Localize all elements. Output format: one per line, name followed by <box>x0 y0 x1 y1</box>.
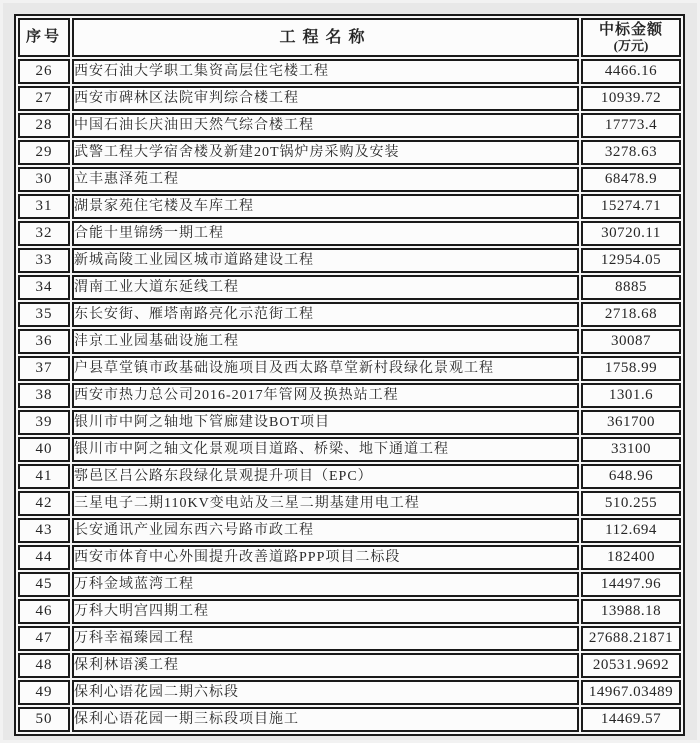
row-serial: 47 <box>18 626 70 651</box>
row-amount: 361700 <box>581 410 681 435</box>
table-row: 43 长安通讯产业园东西六号路市政工程 112.694 <box>18 518 681 543</box>
table-row: 35 东长安街、雁塔南路亮化示范街工程 2718.68 <box>18 302 681 327</box>
table-row: 34 渭南工业大道东延线工程 8885 <box>18 275 681 300</box>
table-row: 32 合能十里锦绣一期工程 30720.11 <box>18 221 681 246</box>
row-project-name: 新城高陵工业园区城市道路建设工程 <box>72 248 579 273</box>
row-serial: 38 <box>18 383 70 408</box>
row-serial: 34 <box>18 275 70 300</box>
table-row: 37 户县草堂镇市政基础设施项目及西太路草堂新村段绿化景观工程 1758.99 <box>18 356 681 381</box>
row-project-name: 西安市体育中心外围提升改善道路PPP项目二标段 <box>72 545 579 570</box>
row-amount: 3278.63 <box>581 140 681 165</box>
table-row: 36 沣京工业园基础设施工程 30087 <box>18 329 681 354</box>
row-project-name: 湖景家苑住宅楼及车库工程 <box>72 194 579 219</box>
row-amount: 1301.6 <box>581 383 681 408</box>
table-row: 40 银川市中阿之轴文化景观项目道路、桥梁、地下通道工程 33100 <box>18 437 681 462</box>
table-row: 39 银川市中阿之轴地下管廊建设BOT项目 361700 <box>18 410 681 435</box>
row-project-name: 中国石油长庆油田天然气综合楼工程 <box>72 113 579 138</box>
header-amount-title: 中标金额 <box>599 22 663 38</box>
row-serial: 39 <box>18 410 70 435</box>
row-amount: 17773.4 <box>581 113 681 138</box>
row-project-name: 三星电子二期110KV变电站及三星二期基建用电工程 <box>72 491 579 516</box>
table-row: 33 新城高陵工业园区城市道路建设工程 12954.05 <box>18 248 681 273</box>
row-serial: 40 <box>18 437 70 462</box>
row-amount: 182400 <box>581 545 681 570</box>
table-row: 46 万科大明宫四期工程 13988.18 <box>18 599 681 624</box>
row-amount: 648.96 <box>581 464 681 489</box>
table-row: 26 西安石油大学职工集资高层住宅楼工程 4466.16 <box>18 59 681 84</box>
row-project-name: 户县草堂镇市政基础设施项目及西太路草堂新村段绿化景观工程 <box>72 356 579 381</box>
row-amount: 510.255 <box>581 491 681 516</box>
table-row: 28 中国石油长庆油田天然气综合楼工程 17773.4 <box>18 113 681 138</box>
table-row: 30 立丰惠泽苑工程 68478.9 <box>18 167 681 192</box>
header-project-name: 工程名称 <box>72 18 579 57</box>
row-serial: 37 <box>18 356 70 381</box>
row-project-name: 立丰惠泽苑工程 <box>72 167 579 192</box>
table-row: 41 鄠邑区吕公路东段绿化景观提升项目（EPC） 648.96 <box>18 464 681 489</box>
row-project-name: 鄠邑区吕公路东段绿化景观提升项目（EPC） <box>72 464 579 489</box>
row-project-name: 保利心语花园一期三标段项目施工 <box>72 707 579 732</box>
table-row: 29 武警工程大学宿舍楼及新建20T锅炉房采购及安装 3278.63 <box>18 140 681 165</box>
row-project-name: 西安市碑林区法院审判综合楼工程 <box>72 86 579 111</box>
row-amount: 30087 <box>581 329 681 354</box>
table-row: 45 万科金域蓝湾工程 14497.96 <box>18 572 681 597</box>
row-serial: 29 <box>18 140 70 165</box>
row-project-name: 万科金域蓝湾工程 <box>72 572 579 597</box>
row-serial: 46 <box>18 599 70 624</box>
row-serial: 41 <box>18 464 70 489</box>
row-serial: 31 <box>18 194 70 219</box>
row-serial: 28 <box>18 113 70 138</box>
row-serial: 48 <box>18 653 70 678</box>
row-serial: 30 <box>18 167 70 192</box>
row-amount: 30720.11 <box>581 221 681 246</box>
table-row: 47 万科幸福臻园工程 27688.21871 <box>18 626 681 651</box>
row-amount: 14967.03489 <box>581 680 681 705</box>
row-serial: 45 <box>18 572 70 597</box>
row-amount: 12954.05 <box>581 248 681 273</box>
row-amount: 4466.16 <box>581 59 681 84</box>
table-row: 31 湖景家苑住宅楼及车库工程 15274.71 <box>18 194 681 219</box>
row-serial: 35 <box>18 302 70 327</box>
row-project-name: 武警工程大学宿舍楼及新建20T锅炉房采购及安装 <box>72 140 579 165</box>
table-body: 26 西安石油大学职工集资高层住宅楼工程 4466.16 27 西安市碑林区法院… <box>18 59 681 732</box>
row-serial: 32 <box>18 221 70 246</box>
row-serial: 43 <box>18 518 70 543</box>
table-row: 27 西安市碑林区法院审判综合楼工程 10939.72 <box>18 86 681 111</box>
row-serial: 33 <box>18 248 70 273</box>
table-row: 50 保利心语花园一期三标段项目施工 14469.57 <box>18 707 681 732</box>
row-amount: 27688.21871 <box>581 626 681 651</box>
header-amount: 中标金额 (万元) <box>581 18 681 57</box>
table-row: 38 西安市热力总公司2016-2017年管网及换热站工程 1301.6 <box>18 383 681 408</box>
row-serial: 44 <box>18 545 70 570</box>
row-project-name: 西安市热力总公司2016-2017年管网及换热站工程 <box>72 383 579 408</box>
row-amount: 8885 <box>581 275 681 300</box>
row-amount: 14497.96 <box>581 572 681 597</box>
row-project-name: 银川市中阿之轴地下管廊建设BOT项目 <box>72 410 579 435</box>
table-row: 48 保利林语溪工程 20531.9692 <box>18 653 681 678</box>
row-amount: 33100 <box>581 437 681 462</box>
row-serial: 27 <box>18 86 70 111</box>
row-amount: 20531.9692 <box>581 653 681 678</box>
row-project-name: 东长安街、雁塔南路亮化示范街工程 <box>72 302 579 327</box>
row-amount: 112.694 <box>581 518 681 543</box>
row-amount: 10939.72 <box>581 86 681 111</box>
row-serial: 26 <box>18 59 70 84</box>
row-project-name: 万科大明宫四期工程 <box>72 599 579 624</box>
row-amount: 1758.99 <box>581 356 681 381</box>
row-project-name: 保利林语溪工程 <box>72 653 579 678</box>
table-row: 44 西安市体育中心外围提升改善道路PPP项目二标段 182400 <box>18 545 681 570</box>
row-project-name: 保利心语花园二期六标段 <box>72 680 579 705</box>
row-project-name: 长安通讯产业园东西六号路市政工程 <box>72 518 579 543</box>
header-amount-unit: (万元) <box>583 39 679 53</box>
bid-results-table: 序号 工程名称 中标金额 (万元) 26 西安石油大学职工集资高层住宅楼工程 4… <box>14 14 685 736</box>
row-amount: 14469.57 <box>581 707 681 732</box>
header-serial: 序号 <box>18 18 70 57</box>
row-amount: 2718.68 <box>581 302 681 327</box>
row-amount: 15274.71 <box>581 194 681 219</box>
table-header: 序号 工程名称 中标金额 (万元) <box>18 18 681 57</box>
table-row: 42 三星电子二期110KV变电站及三星二期基建用电工程 510.255 <box>18 491 681 516</box>
row-amount: 68478.9 <box>581 167 681 192</box>
row-project-name: 沣京工业园基础设施工程 <box>72 329 579 354</box>
header-row: 序号 工程名称 中标金额 (万元) <box>18 18 681 57</box>
row-serial: 36 <box>18 329 70 354</box>
row-amount: 13988.18 <box>581 599 681 624</box>
row-serial: 50 <box>18 707 70 732</box>
row-project-name: 合能十里锦绣一期工程 <box>72 221 579 246</box>
row-serial: 49 <box>18 680 70 705</box>
row-project-name: 银川市中阿之轴文化景观项目道路、桥梁、地下通道工程 <box>72 437 579 462</box>
row-project-name: 渭南工业大道东延线工程 <box>72 275 579 300</box>
row-project-name: 万科幸福臻园工程 <box>72 626 579 651</box>
row-serial: 42 <box>18 491 70 516</box>
table-row: 49 保利心语花园二期六标段 14967.03489 <box>18 680 681 705</box>
row-project-name: 西安石油大学职工集资高层住宅楼工程 <box>72 59 579 84</box>
